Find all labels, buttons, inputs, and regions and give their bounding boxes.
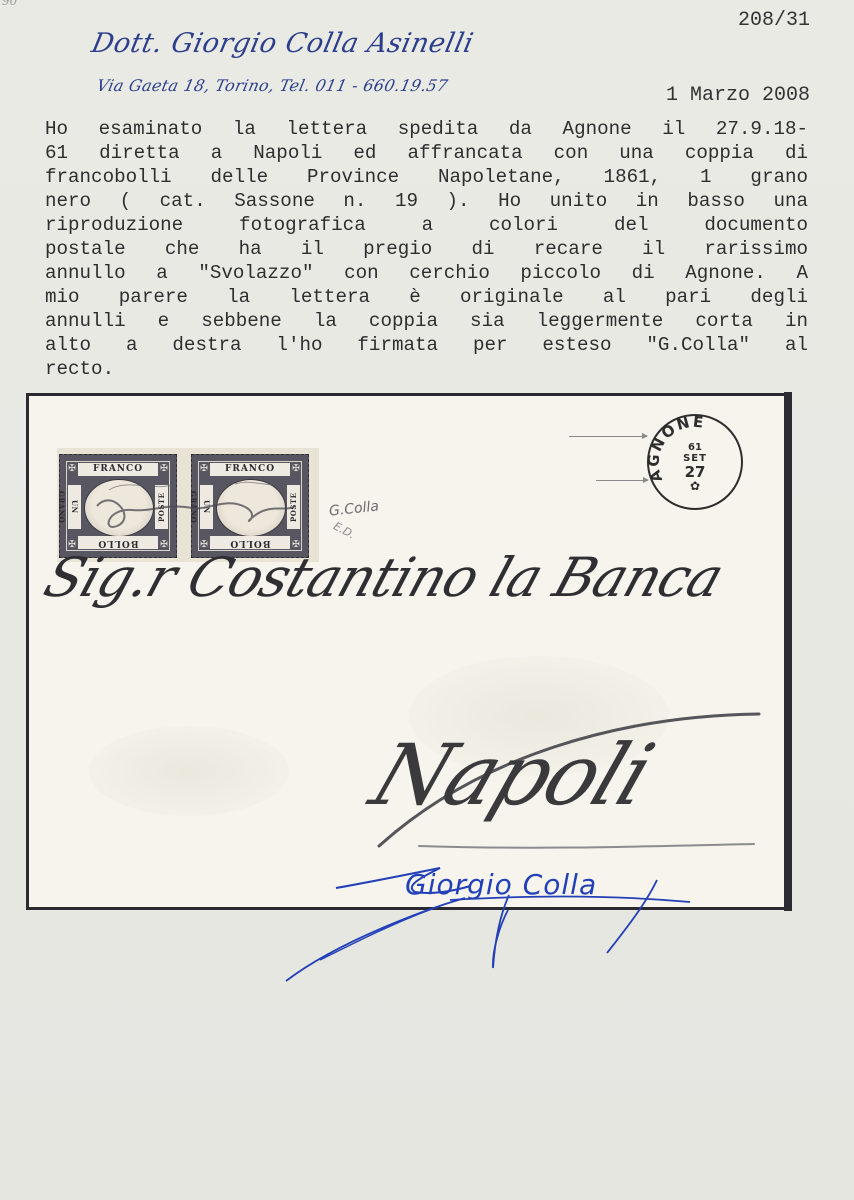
body-line: alto a destra l'ho firmata per esteso "G… (45, 333, 808, 357)
letterhead-name: Dott. Giorgio Colla Asinelli (89, 28, 477, 59)
body-line: nero ( cat. Sassone n. 19 ). Ho unito in… (45, 189, 808, 213)
pencil-arrow-icon (596, 480, 648, 481)
postmark-day: 27 (649, 464, 741, 480)
postmark-ornament-icon: ✿ (649, 480, 741, 492)
body-line: postale che ha il pregio di recare il ra… (45, 237, 808, 261)
letterhead-address: Via Gaeta 18, Torino, Tel. 011 - 660.19.… (95, 76, 450, 95)
body-line: riproduzione fotografica a colori del do… (45, 213, 808, 237)
body-line: recto. (45, 357, 808, 381)
handwritten-city: Napoli (359, 726, 664, 824)
body-line: 61 diretta a Napoli ed affrancata con un… (45, 141, 808, 165)
certificate-page: 90 Dott. Giorgio Colla Asinelli Via Gaet… (0, 0, 854, 1200)
letter-photo: ✠ ✠ ✠ ✠ FRANCO UN GRANO POSTE BOLLO ✠ ✠ … (26, 393, 784, 910)
corner-pencil-note: 90 (2, 0, 17, 8)
certificate-reference: 208/31 (738, 9, 810, 32)
postmark-date: 61 SET 27 ✿ (649, 442, 741, 492)
handwritten-addressee: Sig.r Costantino la Banca (37, 546, 731, 609)
agnone-postmark: AGNONE 61 SET 27 ✿ (647, 414, 743, 510)
stamp-pair: ✠ ✠ ✠ ✠ FRANCO UN GRANO POSTE BOLLO ✠ ✠ … (57, 448, 319, 562)
certificate-body: Ho esaminato la lettera spedita da Agnon… (45, 117, 808, 381)
body-line: mio parere la lettera è originale al par… (45, 285, 808, 309)
svolazzo-cancel-icon (57, 448, 319, 562)
body-line: annullo a "Svolazzo" con cerchio piccolo… (45, 261, 808, 285)
expert-pencil-signature: G.Colla (328, 498, 379, 519)
body-line: francobolli delle Province Napoletane, 1… (45, 165, 808, 189)
body-line: Ho esaminato la lettera spedita da Agnon… (45, 117, 808, 141)
expert-signature: Giorgio Colla (405, 868, 597, 901)
expert-pencil-initials: E.D. (331, 519, 357, 541)
postmark-year: 61 (649, 442, 741, 453)
paper-stain (89, 726, 289, 816)
body-line: annulli e sebbene la coppia sia leggerme… (45, 309, 808, 333)
letter-edge-shadow (784, 392, 792, 911)
certificate-date: 1 Marzo 2008 (666, 84, 810, 107)
pencil-arrow-icon (569, 436, 647, 437)
